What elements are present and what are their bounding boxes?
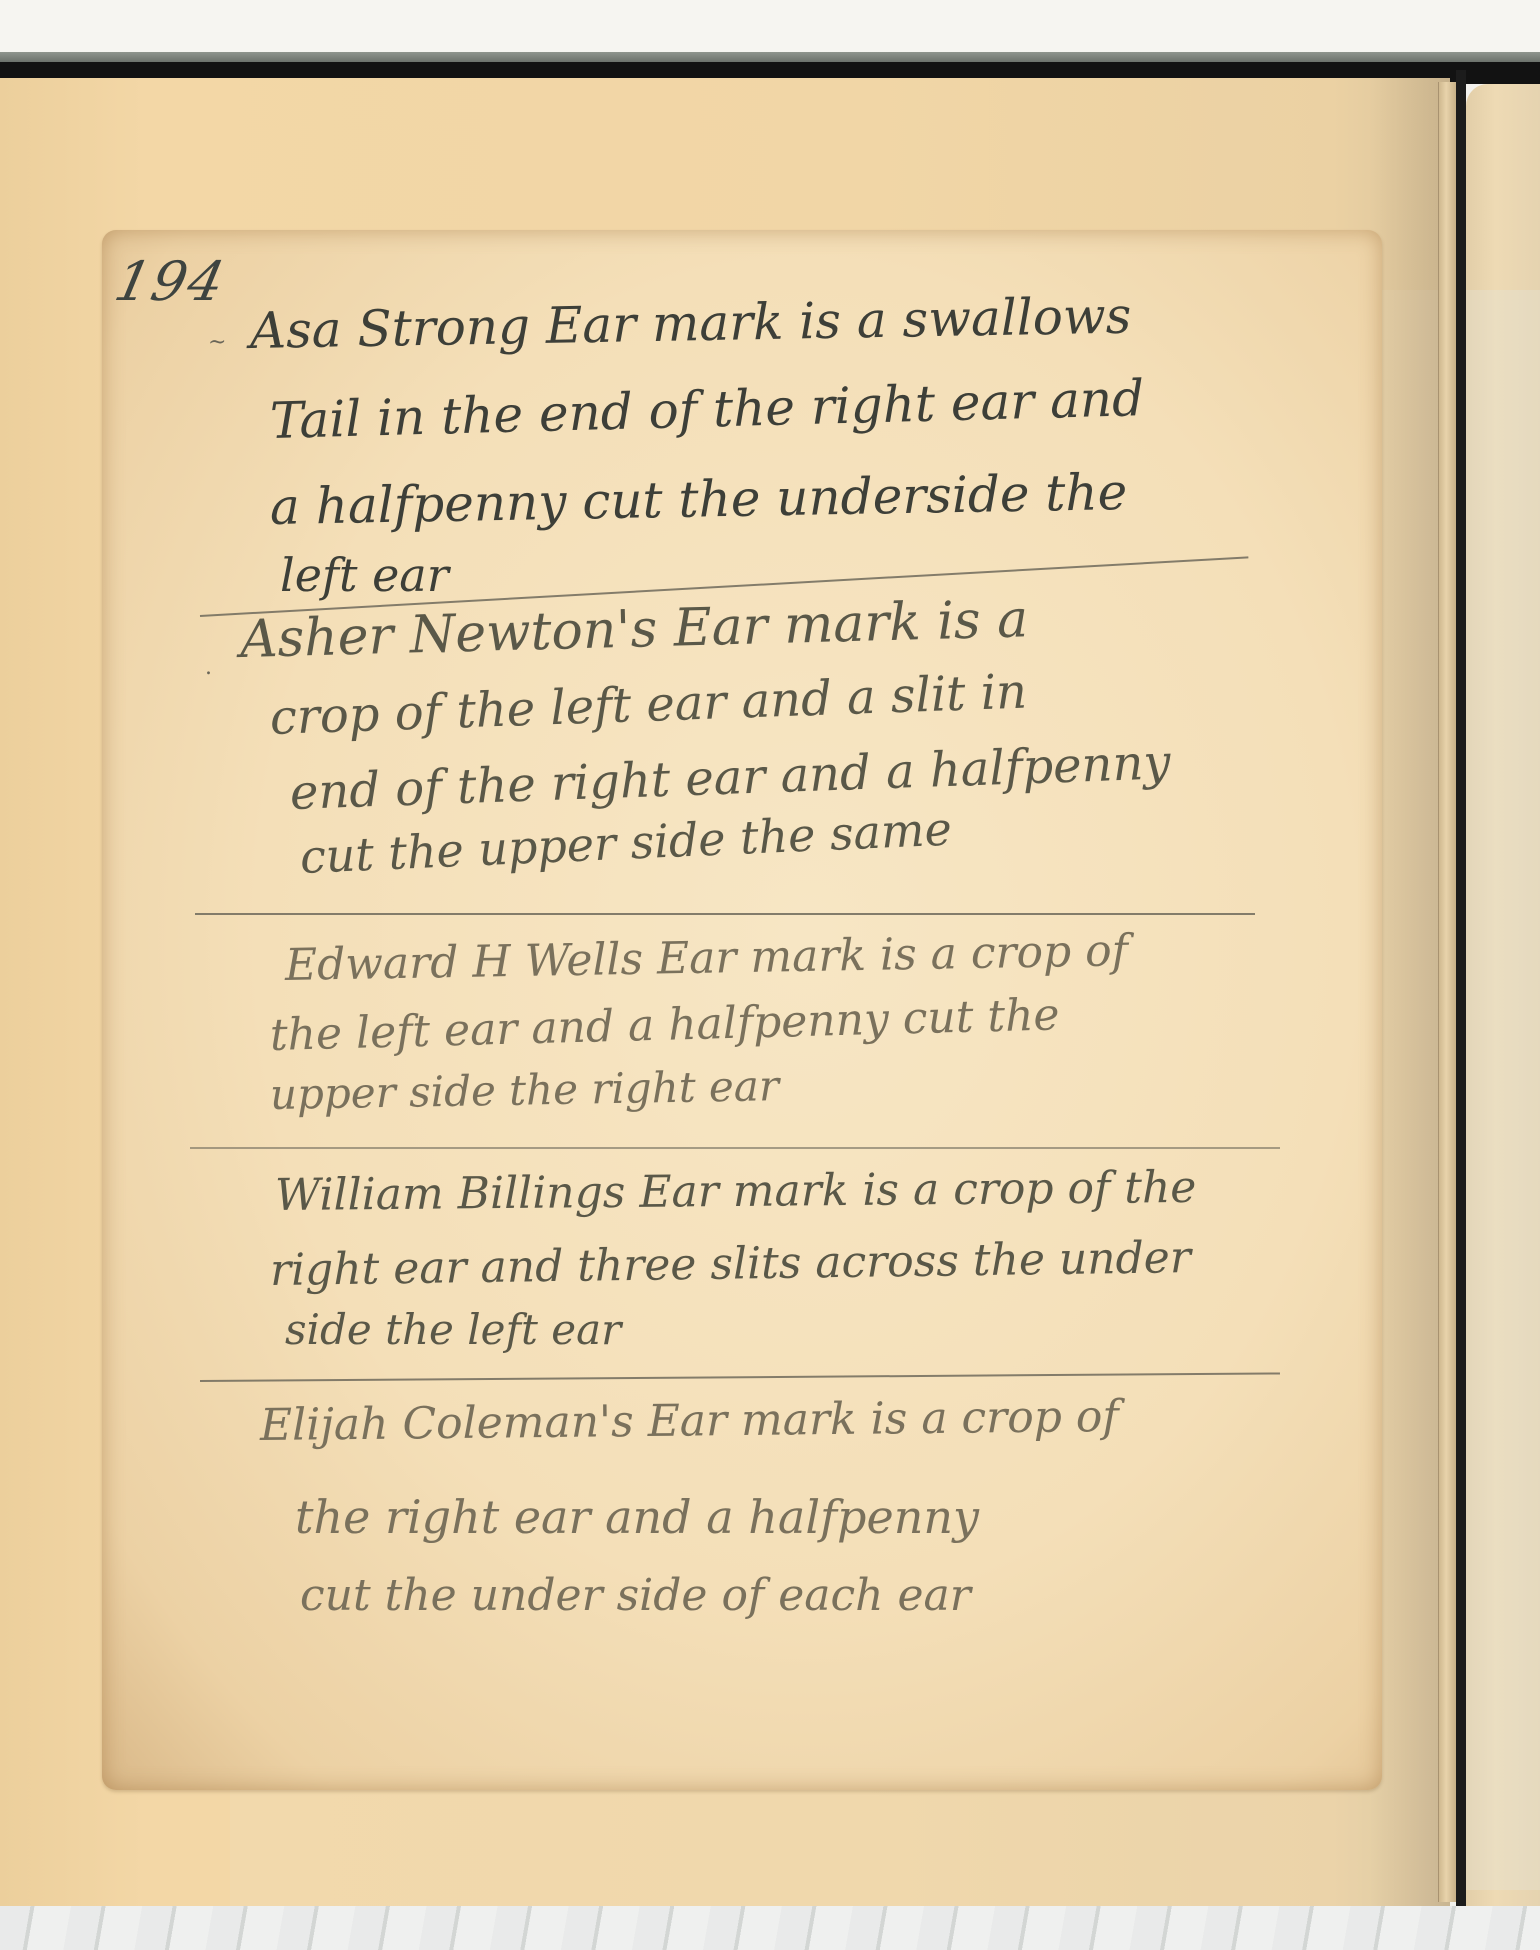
entry-line: Elijah Coleman's Ear mark is a crop of bbox=[260, 1391, 1119, 1451]
entry-line: cut the under side of each ear bbox=[300, 1570, 971, 1621]
scan-background-top bbox=[0, 0, 1540, 60]
margin-mark: . bbox=[205, 655, 212, 680]
margin-mark: ~ bbox=[208, 330, 226, 355]
entry-line: upper side the right ear bbox=[270, 1061, 780, 1119]
entry-line: side the left ear bbox=[285, 1305, 621, 1354]
entry-divider bbox=[195, 913, 1255, 915]
page-number: 194 bbox=[109, 250, 231, 313]
gutter-leaf-edge bbox=[1438, 82, 1457, 1902]
facing-page-tissue bbox=[1466, 290, 1540, 1890]
entry-line: left ear bbox=[280, 548, 449, 602]
scan-background-bottom bbox=[0, 1906, 1540, 1950]
entry-line: William Billings Ear mark is a crop of t… bbox=[275, 1162, 1197, 1221]
entry-line: the right ear and a halfpenny bbox=[295, 1490, 979, 1544]
entry-divider bbox=[190, 1147, 1280, 1149]
gutter-shadow bbox=[1456, 70, 1466, 1910]
